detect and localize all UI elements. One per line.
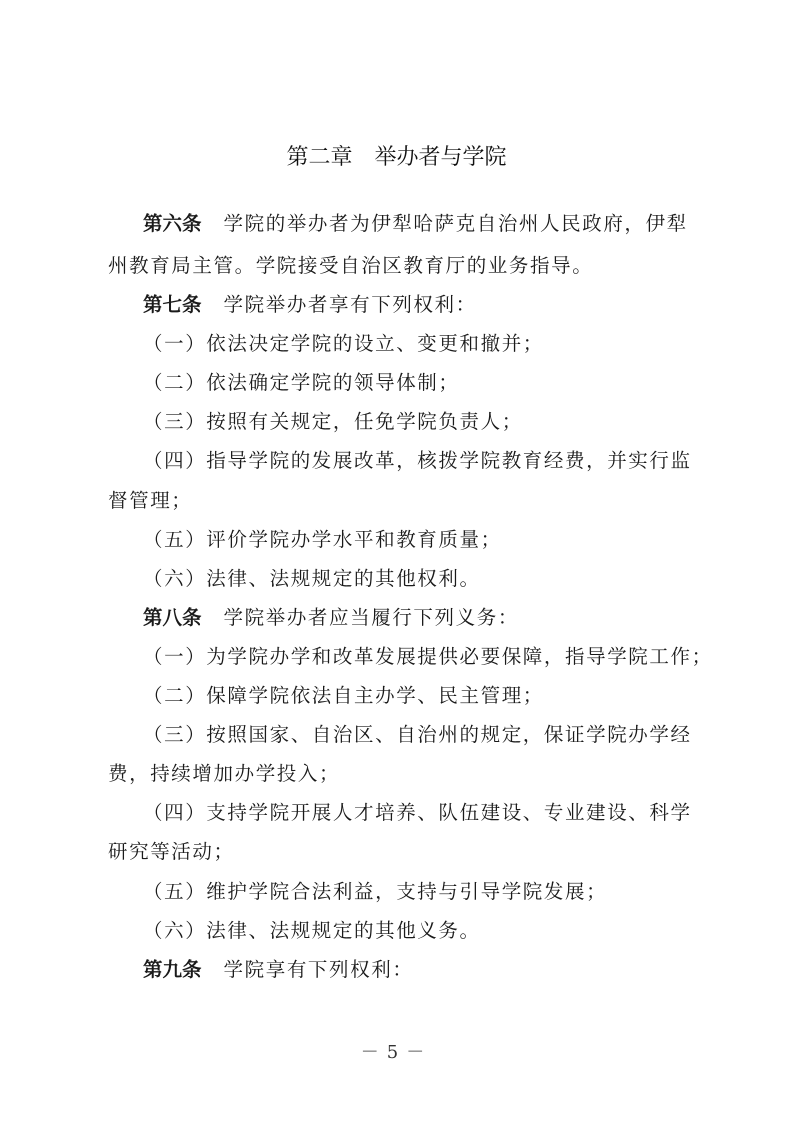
paragraph-line: 研究等活动； xyxy=(108,840,688,864)
line-text: （四）指导学院的发展改革，核拨学院教育经费，并实行监 xyxy=(143,449,692,472)
line-text: 研究等活动； xyxy=(108,840,235,863)
line-text: （三）按照国家、自治区、自治州的规定，保证学院办学经 xyxy=(143,723,692,746)
paragraph-line: （五）评价学院办学水平和教育质量； xyxy=(143,528,723,552)
line-text: （四）支持学院开展人才培养、队伍建设、专业建设、科学 xyxy=(143,801,692,824)
line-text: （五）维护学院合法利益，支持与引导学院发展； xyxy=(143,880,607,903)
paragraph-line: （六）法律、法规规定的其他义务。 xyxy=(143,919,723,943)
line-text: （五）评价学院办学水平和教育质量； xyxy=(143,528,502,551)
paragraph-line: （一）依法决定学院的设立、变更和撤并； xyxy=(143,332,723,356)
paragraph-line: （六）法律、法规规定的其他权利。 xyxy=(143,567,723,591)
paragraph-line: （二）依法确定学院的领导体制； xyxy=(143,371,723,395)
article-label: 第八条 xyxy=(143,606,202,629)
line-text: （二）保障学院依法自主办学、民主管理； xyxy=(143,684,544,707)
line-text: 学院享有下列权利： xyxy=(224,958,414,981)
paragraph-line: （三）按照有关规定，任免学院负责人； xyxy=(143,410,723,434)
article-heading-line: 第八条学院举办者应当履行下列义务： xyxy=(143,606,723,630)
paragraph-line: （五）维护学院合法利益，支持与引导学院发展； xyxy=(143,880,723,904)
paragraph-line: （四）支持学院开展人才培养、队伍建设、专业建设、科学 xyxy=(143,801,723,825)
line-text: 学院举办者享有下列权利： xyxy=(224,293,477,316)
paragraph-line: （一）为学院办学和改革发展提供必要保障，指导学院工作； xyxy=(143,645,723,669)
line-text: （三）按照有关规定，任免学院负责人； xyxy=(143,410,523,433)
paragraph-line: （二）保障学院依法自主办学、民主管理； xyxy=(143,684,723,708)
line-text: 学院的举办者为伊犁哈萨克自治州人民政府，伊犁 xyxy=(224,212,688,235)
paragraph-line: 督管理； xyxy=(108,489,688,513)
paragraph-line: 费，持续增加办学投入； xyxy=(108,762,688,786)
line-text: （六）法律、法规规定的其他权利。 xyxy=(143,567,481,590)
page-number: －5－ xyxy=(0,1038,793,1064)
line-text: （六）法律、法规规定的其他义务。 xyxy=(143,919,481,942)
line-text: （二）依法确定学院的领导体制； xyxy=(143,371,460,394)
article-label: 第六条 xyxy=(143,212,202,235)
article-heading-line: 第九条学院享有下列权利： xyxy=(143,958,723,982)
article-label: 第九条 xyxy=(143,958,202,981)
article-label: 第七条 xyxy=(143,293,202,316)
article-heading-line: 第七条学院举办者享有下列权利： xyxy=(143,293,723,317)
paragraph-line: （四）指导学院的发展改革，核拨学院教育经费，并实行监 xyxy=(143,449,723,473)
line-text: 费，持续增加办学投入； xyxy=(108,762,340,785)
line-text: 州教育局主管。学院接受自治区教育厅的业务指导。 xyxy=(108,254,593,277)
article-heading-line: 第六条学院的举办者为伊犁哈萨克自治州人民政府，伊犁 xyxy=(143,212,723,236)
paragraph-line: 州教育局主管。学院接受自治区教育厅的业务指导。 xyxy=(108,254,688,278)
paragraph-line: （三）按照国家、自治区、自治州的规定，保证学院办学经 xyxy=(143,723,723,747)
line-text: （一）为学院办学和改革发展提供必要保障，指导学院工作； xyxy=(143,645,713,668)
line-text: 督管理； xyxy=(108,489,192,512)
line-text: 学院举办者应当履行下列义务： xyxy=(224,606,519,629)
chapter-title: 第二章 举办者与学院 xyxy=(0,140,793,171)
line-text: （一）依法决定学院的设立、变更和撤并； xyxy=(143,332,544,355)
